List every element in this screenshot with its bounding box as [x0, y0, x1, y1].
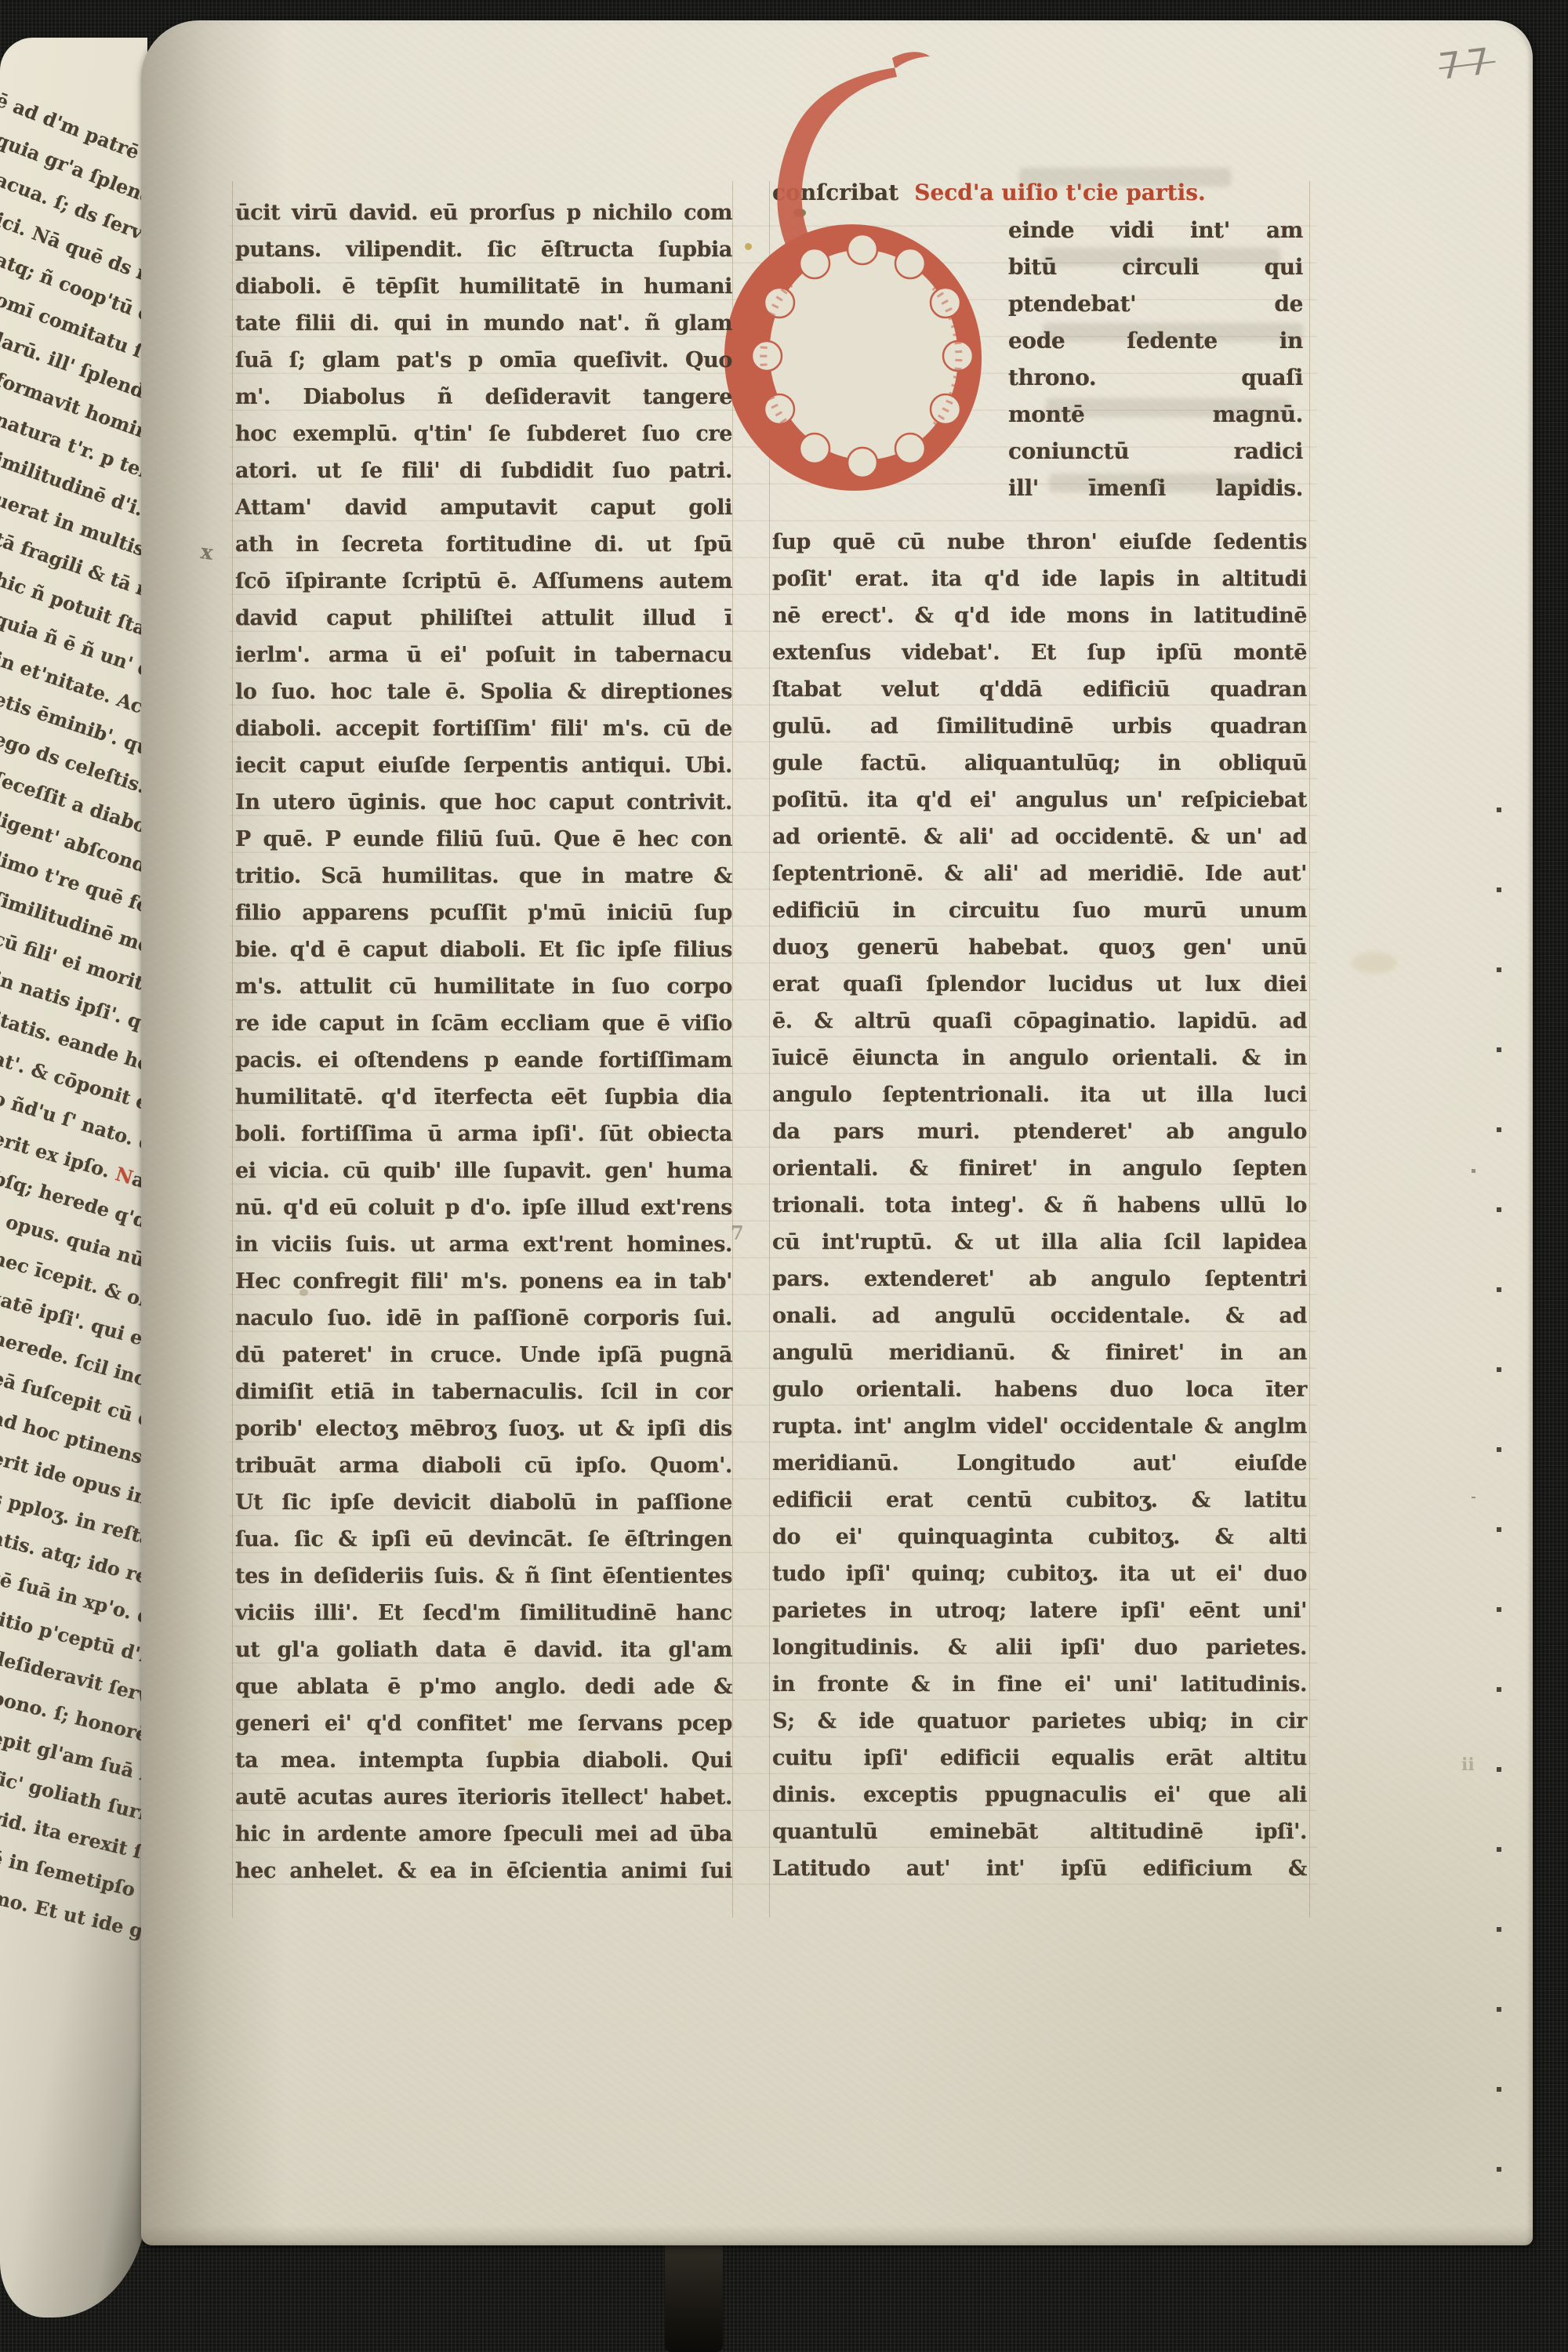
manuscript-line: dū pateret' in cruce. Unde ipſā pugnā: [235, 1337, 732, 1374]
manuscript-line: ē. & altrū quaſi cōpaginatio. lapidū. ad: [772, 1003, 1307, 1040]
manuscript-line: ei vicia. cū quib' ille ſupavit. gen' hu…: [235, 1152, 732, 1189]
manuscript-line: iecit caput eiuſde ſerpentis antiqui. Ub…: [235, 747, 732, 784]
manuscript-line: tes in deſideriis ſuis. & ñ ſint ēſentie…: [235, 1558, 732, 1595]
manuscript-line: ad orientē. & ali' ad occidentē. & un' a…: [772, 818, 1307, 855]
margin-ii-mark: ii: [1461, 1755, 1475, 1775]
margin-seven-mark: 7: [731, 1221, 744, 1244]
manuscript-line: naculo ſuo. idē in paſſionē corporis ſui…: [235, 1300, 732, 1337]
manuscript-line: viciis illi'. Et ſecd'm ſimilitudinē han…: [235, 1595, 732, 1632]
manuscript-line: pars. extenderet' ab angulo ſeptentri: [772, 1261, 1307, 1298]
manuscript-line: do ei' quinquaginta cubitoʒ. & alti: [772, 1519, 1307, 1555]
manuscript-line: poſitū. ita q'd ei' angulus un' reſpicie…: [772, 782, 1307, 818]
manuscript-line: extenſus videbat'. Et ſup ipſū montē: [772, 634, 1307, 671]
bookmark-ribbon: [665, 2233, 723, 2352]
initial-artwork: D: [695, 44, 1011, 517]
manuscript-line: ta mea. intempta ſupbia diaboli. Qui: [235, 1742, 732, 1779]
manuscript-line: meridianū. Longitudo aut' eiuſde: [772, 1445, 1307, 1482]
parchment-grain: [141, 20, 1533, 2245]
manuscript-line: duoʒ generū habebat. quoʒ gen' unū: [772, 929, 1307, 966]
rubric-heading: conſcribatSecd'a uiſio t'cie partis.: [772, 174, 1313, 211]
manuscript-line: que ablata ē p'mo anglo. dedi ade &: [235, 1668, 732, 1705]
manuscript-line: hec anhelet. & ea in ēſcientia animi ſui: [235, 1853, 732, 1889]
manuscript-line: Attam' david amputavit caput goli: [235, 489, 732, 526]
bleed-through: [1019, 168, 1231, 187]
manuscript-line: edificiū in circuitu ſuo murū unum: [772, 892, 1307, 929]
manuscript-line: tudo ipſi' quinq; cubitoʒ. ita ut ei' du…: [772, 1555, 1307, 1592]
manuscript-line: rupta. int' anglm videl' occidentale & a…: [772, 1408, 1307, 1445]
bleed-through: [762, 372, 894, 390]
left-text-column: ūcit virū david. eū prorſus p nichilo co…: [235, 194, 732, 1889]
manuscript-line: ſcō īſpirante ſcriptū ē. Aſſumens autem: [235, 563, 732, 600]
manuscript-line: Latitudo aut' int' ipſū edificium &: [772, 1850, 1307, 1887]
ink-speck: [299, 1289, 308, 1296]
manuscript-line: angulū meridianū. & finiret' in an: [772, 1334, 1307, 1371]
manuscript-line: coniunctū radici: [1008, 433, 1303, 470]
bleed-through: [760, 299, 894, 318]
manuscript-line: tritio. Scā humilitas. que in matre &: [235, 858, 732, 895]
manuscript-line: gule factū. aliquantulūq; in obliquū: [772, 745, 1307, 782]
manuscript-line: boli. fortiſſima ū arma ipſi'. ſūt obiec…: [235, 1116, 732, 1152]
manuscript-line: diaboli. accepit fortiſſim' fili' m's. c…: [235, 710, 732, 747]
manuscript-line: longitudinis. & alii ipſi' duo parietes.: [772, 1629, 1307, 1666]
right-text-column: ſup quē cū nube thron' eiuſde ſedentispo…: [772, 524, 1307, 1887]
manuscript-line: angulo ſeptentrionali. ita ut illa luci: [772, 1076, 1307, 1113]
illuminated-initial-D: D: [695, 44, 1011, 517]
manuscript-line: diaboli. ē tēpſit humilitatē in humani: [235, 268, 732, 305]
previous-folio-text: ē ad d'm patrē ſervaquia gr'a ſplendoris…: [0, 78, 147, 1918]
manuscript-line: eode ſedente in: [1008, 322, 1303, 359]
manuscript-line: gulū. ad ſimilitudinē urbis quadran: [772, 708, 1307, 745]
manuscript-line: nē erect'. & q'd ide mons in latitudinē: [772, 597, 1307, 634]
manuscript-line: in fronte & in fine ei' uni' latitudinis…: [772, 1666, 1307, 1703]
manuscript-line: bie. q'd ē caput diaboli. Et ſic ipſe fi…: [235, 931, 732, 968]
manuscript-line: nū. q'd eū coluit p d'o. ipſe illud ext'…: [235, 1189, 732, 1226]
manuscript-line: Ut ſic ipſe devicit diabolū in paſſione: [235, 1484, 732, 1521]
ink-speck: [793, 209, 806, 217]
manuscript-line: ſup quē cū nube thron' eiuſde ſedentis: [772, 524, 1307, 561]
manuscript-line: īuicē ēiuncta in angulo orientali. & in: [772, 1040, 1307, 1076]
svg-text:D: D: [836, 345, 861, 381]
ruling-vertical: [769, 181, 770, 1918]
manuscript-page: 77 conſcribatSecd'a uiſio t'cie partis.: [141, 20, 1533, 2245]
ruling-vertical: [232, 181, 233, 1918]
manuscript-line: ſuā ſ; glam pat's p omīa queſivit. Quo: [235, 342, 732, 379]
prick-marks-secondary: [1472, 1169, 1475, 1498]
manuscript-line: einde vidi int' am: [1008, 212, 1303, 249]
water-stain: [510, 1737, 541, 1753]
manuscript-line: in viciis ſuis. ut arma ext'rent homines…: [235, 1226, 732, 1263]
ruling-vertical: [1309, 181, 1310, 1918]
manuscript-line: ath in ſecreta fortitudine di. ut ſpū: [235, 526, 732, 563]
manuscript-line: david caput philiſtei attulit illud ī: [235, 600, 732, 637]
manuscript-line: In utero ūginis. que hoc caput contrivit…: [235, 784, 732, 821]
manuscript-line: tribuāt arma diaboli cū ipſo. Quom'.: [235, 1447, 732, 1484]
margin-x-mark: x: [199, 540, 215, 565]
manuscript-line: lo ſuo. hoc tale ē. Spolia & direptiones: [235, 673, 732, 710]
manuscript-line: putans. vilipendit. ſic ēſtructa ſupbia: [235, 231, 732, 268]
manuscript-line: ſtabat velut q'ddā edificiū quadran: [772, 671, 1307, 708]
bleed-through: [1041, 248, 1280, 267]
manuscript-line: quantulū eminebāt altitudinē ipſi'.: [772, 1813, 1307, 1850]
manuscript-line: m'. Diabolus ñ deſideravit tangere: [235, 379, 732, 416]
folio-number: 77: [1436, 39, 1498, 88]
manuscript-line: filio apparens pcuſſit p'mū iniciū ſup: [235, 895, 732, 931]
manuscript-line: cū int'ruptū. & ut illa alia ſcil lapide…: [772, 1224, 1307, 1261]
manuscript-line: gulo orientali. habens duo loca īter: [772, 1371, 1307, 1408]
manuscript-line: dinis. exceptis ppugnaculis ei' que ali: [772, 1777, 1307, 1813]
heading-catchword: conſcribat: [772, 180, 898, 205]
water-stain: [1352, 952, 1397, 974]
manuscript-line: onali. ad angulū occidentale. & ad: [772, 1298, 1307, 1334]
ruling-lines: [229, 190, 1317, 1911]
prick-marks: [1497, 808, 1501, 2242]
manuscript-line: ſeptentrionē. & ali' ad meridiē. Ide aut…: [772, 855, 1307, 892]
manuscript-line: ūcit virū david. eū prorſus p nichilo co…: [235, 194, 732, 231]
manuscript-line: re ide caput in ſcām eccliam que ē viſio: [235, 1005, 732, 1042]
manuscript-line: parietes in utroq; latere ipſi' eēnt uni…: [772, 1592, 1307, 1629]
bleed-through: [1046, 398, 1290, 417]
manuscript-line: S; & ide quatuor parietes ubiq; in cir: [772, 1703, 1307, 1740]
manuscript-line: da pars muri. ptenderet' ab angulo: [772, 1113, 1307, 1150]
manuscript-line: throno. quaſi: [1008, 359, 1303, 396]
manuscript-line: erat quaſi ſplendor lucidus ut lux diei: [772, 966, 1307, 1003]
manuscript-line: hoc exemplū. q'tin' ſe ſubderet ſuo cre: [235, 416, 732, 452]
manuscript-line: poſit' erat. ita q'd ide lapis in altitu…: [772, 561, 1307, 597]
heading-rubric: Secd'a uiſio t'cie partis.: [914, 180, 1206, 205]
manuscript-line: Hec confregit fili' m's. ponens ea in ta…: [235, 1263, 732, 1300]
bleed-through: [1043, 323, 1303, 342]
bleed-through: [1049, 474, 1276, 492]
ruling-vertical: [732, 181, 733, 1918]
manuscript-line: dimiſit etiā in tabernaculis. ſcil in co…: [235, 1374, 732, 1410]
manuscript-line: montē magnū.: [1008, 396, 1303, 433]
manuscript-line: humilitatē. q'd īterfecta eēt ſupbia dia: [235, 1079, 732, 1116]
ink-speck: [745, 243, 752, 250]
manuscript-line: atori. ut ſe fili' di ſubdidit ſuo patri…: [235, 452, 732, 489]
manuscript-line: ill' īmenſi lapidis.: [1008, 470, 1303, 506]
manuscript-line: ierlm'. arma ū ei' poſuit in tabernacu: [235, 637, 732, 673]
manuscript-line: P quē. P eunde filiū ſuū. Que ē hec con: [235, 821, 732, 858]
manuscript-line: hic in ardente amore ſpeculi mei ad ūba: [235, 1816, 732, 1853]
manuscript-line: ut gl'a goliath data ē david. ita gl'am: [235, 1632, 732, 1668]
manuscript-photo: ē ad d'm patrē ſervaquia gr'a ſplendoris…: [0, 0, 1568, 2352]
manuscript-line: bitū circuli qui: [1008, 249, 1303, 285]
previous-folio-edge: ē ad d'm patrē ſervaquia gr'a ſplendoris…: [0, 38, 147, 2318]
manuscript-line: generi ei' q'd confitet' me ſervans pcep: [235, 1705, 732, 1742]
manuscript-line: tate filii di. qui in mundo nat'. ñ glam: [235, 305, 732, 342]
manuscript-line: m's. attulit cū humilitate in ſuo corpo: [235, 968, 732, 1005]
manuscript-line: ſua. ſic & ipſi eū devincāt. ſe ēſtringe…: [235, 1521, 732, 1558]
manuscript-line: ptendebat' de: [1008, 285, 1303, 322]
manuscript-line: trionali. tota integ'. & ñ habens ullū l…: [772, 1187, 1307, 1224]
manuscript-line: porib' electoʒ mēbroʒ ſuoʒ. ut & ipſi di…: [235, 1410, 732, 1447]
right-column-indented-lines: einde vidi int' ambitū circuli quiptende…: [1008, 212, 1303, 506]
manuscript-line: pacis. ei oſtendens p eande fortiſſimam: [235, 1042, 732, 1079]
manuscript-line: orientali. & finiret' in angulo ſepten: [772, 1150, 1307, 1187]
manuscript-line: edificii erat centū cubitoʒ. & latitu: [772, 1482, 1307, 1519]
manuscript-line: cuitu ipſi' edificii equalis erāt altitu: [772, 1740, 1307, 1777]
manuscript-line: autē acutas aures īterioris ītellect' ha…: [235, 1779, 732, 1816]
